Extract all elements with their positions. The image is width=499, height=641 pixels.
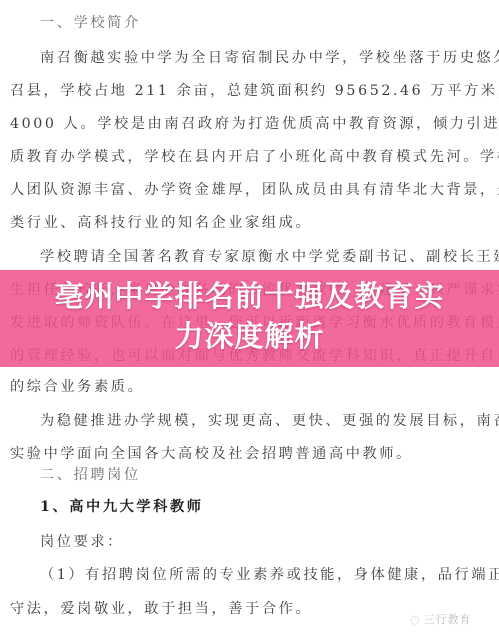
banner-title-line-2: 力深度解析 (0, 316, 499, 356)
paragraph-line: 召县，学校占地 211 余亩，总建筑面积约 95652.46 万平方米，可容纳师… (10, 82, 490, 100)
paragraph-line: 的综合业务素质。 (10, 378, 490, 396)
requirement-item: （1）有招聘岗位所需的专业素养或技能，身体健康，品行端正，遵纪 (40, 566, 499, 584)
paragraph-line: 质教育办学模式，学校在县内开启了小班化高中教育模式先河。学校创始 (10, 148, 490, 166)
paragraph-line: 实验中学面向全国各大高校及社会招聘普通高中教师。 (10, 445, 490, 463)
banner-title-line-1: 亳州中学排名前十强及教育实 (0, 276, 499, 316)
paragraph-line: 南召衡越实验中学为全日寄宿制民办中学，学校坐落于历史悠久的南 (40, 49, 499, 67)
watermark: ◌三行教育 (410, 611, 472, 627)
position-title: 1、高中九大学科教师 (40, 498, 499, 516)
section-heading-school-intro: 一、学校简介 (40, 14, 499, 32)
section-heading-positions: 二、招聘岗位 (40, 466, 499, 484)
wechat-icon: ◌ (410, 613, 421, 626)
banner-title: 亳州中学排名前十强及教育实 力深度解析 (0, 276, 499, 356)
paragraph-line: 类行业、高科技行业的知名企业家组成。 (10, 214, 490, 232)
requirements-label: 岗位要求： (40, 533, 499, 551)
paragraph-line: 为稳健推进办学规模，实现更高、更快、更强的发展目标，南召衡越 (40, 412, 499, 430)
paragraph-line: 学校聘请全国著名教育专家原衡水中学党委副书记、副校长王建鹏先 (40, 248, 499, 266)
watermark-text: 三行教育 (424, 613, 472, 626)
paragraph-line: 4000 人。学校是由南召政府为打造优质高中教育资源，倾力引进的衡水优 (10, 115, 490, 133)
paragraph-line: 人团队资源丰富、办学资金雄厚，团队成员由具有清华北大背景，是建筑 (10, 181, 490, 199)
